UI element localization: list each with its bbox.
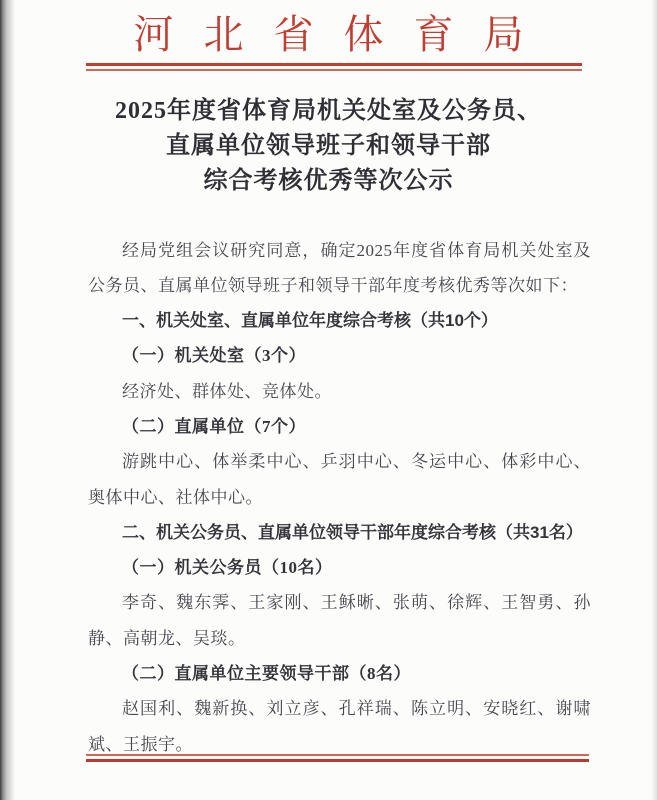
letterhead: 河北省体育局 bbox=[0, 12, 657, 71]
org-name-title: 河北省体育局 bbox=[0, 12, 657, 58]
footer-divider bbox=[86, 754, 589, 762]
footer-divider-line-thick bbox=[86, 759, 589, 762]
section-2-sub-1-names: 李奇、魏东霁、王家刚、王稣晰、张萌、徐辉、王智勇、孙静、高朝龙、吴琰。 bbox=[88, 585, 591, 656]
section-1-sub-2-heading: （二）直属单位（7个） bbox=[88, 409, 591, 444]
title-line-2: 直属单位领导班子和领导干部 bbox=[0, 129, 657, 164]
document-body: 经局党组会议研究同意，确定2025年度省体育局机关处室及公务员、直属单位领导班子… bbox=[88, 233, 591, 762]
section-2-sub-1-heading: （一）机关公务员（10名） bbox=[88, 550, 591, 585]
section-1-sub-1-heading: （一）机关处室（3个） bbox=[88, 338, 591, 373]
section-2-sub-2-heading: （二）直属单位主要领导干部（8名） bbox=[88, 656, 591, 691]
title-line-3: 综合考核优秀等次公示 bbox=[0, 164, 657, 199]
section-1-heading: 一、机关处室、直属单位年度综合考核（共10个） bbox=[88, 303, 591, 338]
section-1-sub-1-list: 经济处、群体处、竞体处。 bbox=[88, 374, 591, 409]
intro-paragraph: 经局党组会议研究同意，确定2025年度省体育局机关处室及公务员、直属单位领导班子… bbox=[88, 233, 591, 304]
divider-line-thin bbox=[86, 69, 582, 71]
letterhead-divider bbox=[86, 63, 582, 71]
title-line-1: 2025年度省体育局机关处室及公务员、 bbox=[0, 94, 657, 129]
document-page: 河北省体育局 2025年度省体育局机关处室及公务员、 直属单位领导班子和领导干部… bbox=[0, 0, 657, 800]
section-2-sub-2-names: 赵国利、魏新换、刘立彦、孔祥瑞、陈立明、安晓红、谢啸斌、王振宇。 bbox=[88, 691, 591, 762]
section-1-sub-2-list: 游跳中心、体举柔中心、乒羽中心、冬运中心、体彩中心、奥体中心、社体中心。 bbox=[88, 444, 591, 515]
document-title: 2025年度省体育局机关处室及公务员、 直属单位领导班子和领导干部 综合考核优秀… bbox=[0, 94, 657, 199]
section-2-heading: 二、机关公务员、直属单位领导干部年度综合考核（共31名） bbox=[88, 515, 591, 550]
